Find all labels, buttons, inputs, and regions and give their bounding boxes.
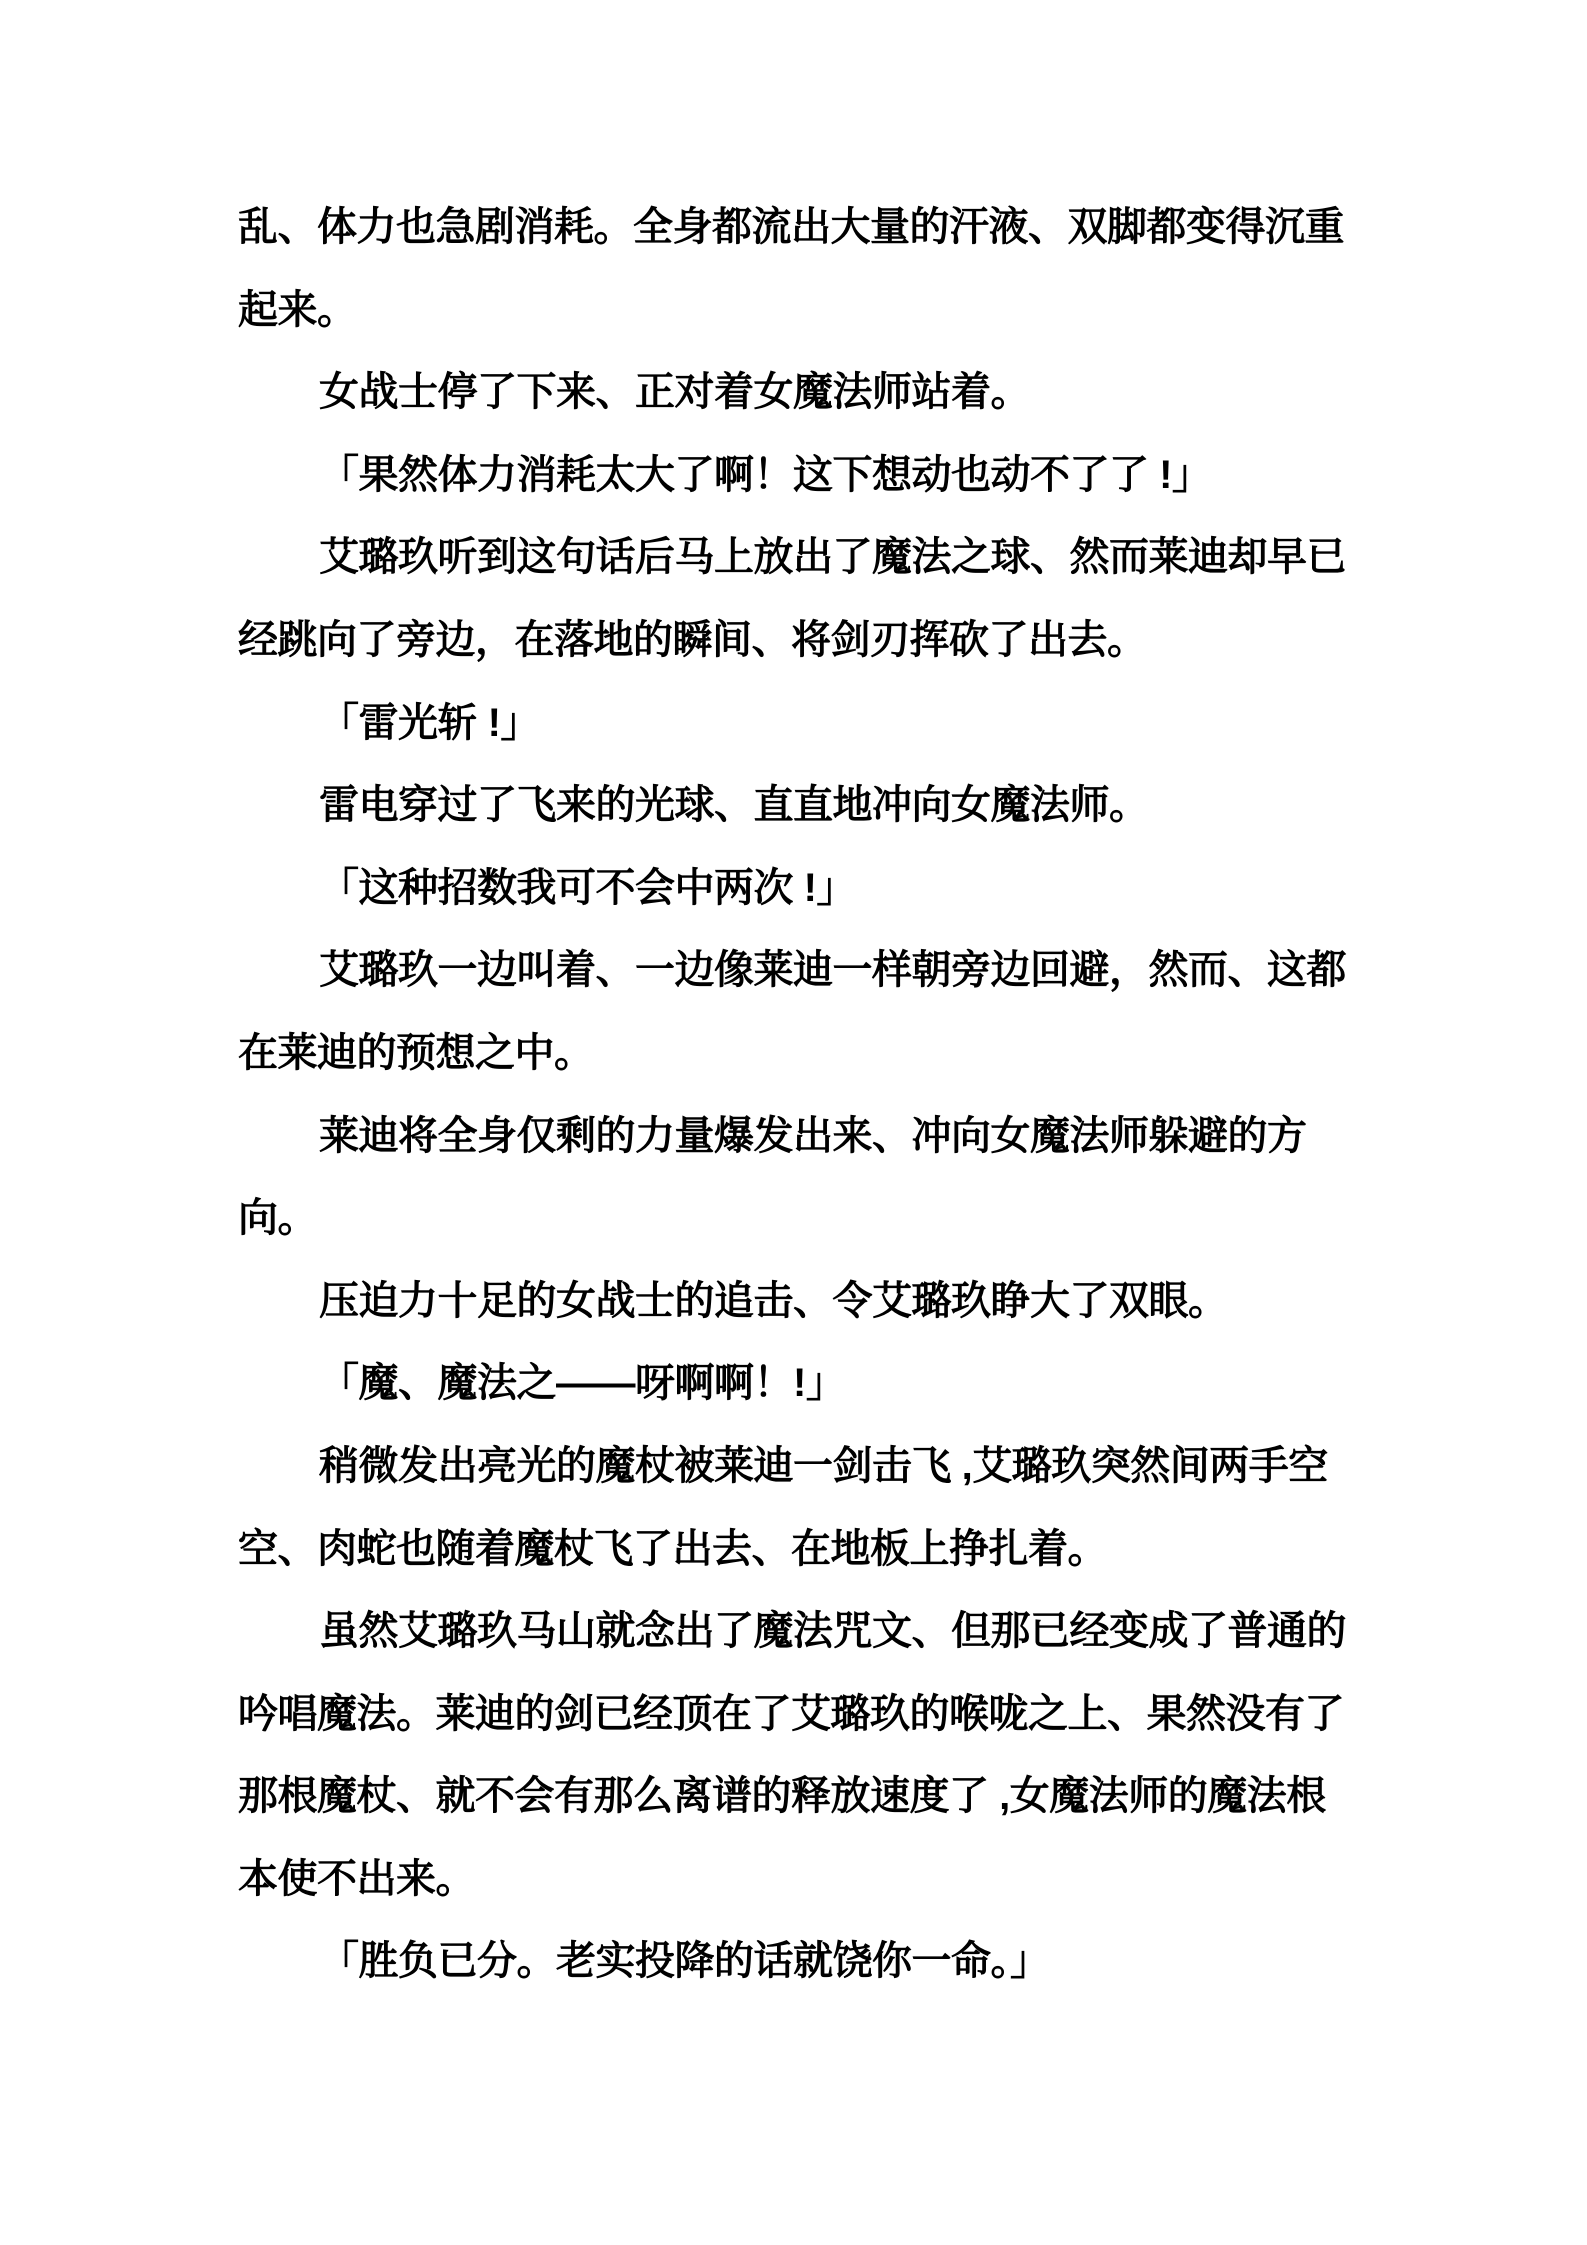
text-line-10: 艾璐玖一边叫着、一边像莱迪一样朝旁边回避，然而、这都 bbox=[238, 929, 1358, 1012]
text-line-20: 那根魔杖、就不会有那么离谱的释放速度了 ,女魔法师的魔法根 bbox=[238, 1755, 1358, 1838]
text-line-18: 虽然艾璐玖马山就念出了魔法咒文、但那已经变成了普通的 bbox=[238, 1590, 1358, 1673]
text-line-1: 乱、体力也急剧消耗。全身都流出大量的汗液、双脚都变得沉重 bbox=[238, 186, 1358, 269]
text-line-8: 雷电穿过了飞来的光球、直直地冲向女魔法师。 bbox=[238, 764, 1358, 847]
text-line-21: 本使不出来。 bbox=[238, 1838, 1358, 1921]
text-line-16: 稍微发出亮光的魔杖被莱迪一剑击飞 ,艾璐玖突然间两手空 bbox=[238, 1425, 1358, 1508]
text-line-15: 「魔、魔法之——呀啊啊！!」 bbox=[238, 1342, 1358, 1425]
text-line-3: 女战士停了下来、正对着女魔法师站着。 bbox=[238, 351, 1358, 434]
text-line-13: 向。 bbox=[238, 1177, 1358, 1260]
text-line-4: 「果然体力消耗太大了啊！这下想动也动不了了 !」 bbox=[238, 434, 1358, 517]
text-line-19: 吟唱魔法。莱迪的剑已经顶在了艾璐玖的喉咙之上、果然没有了 bbox=[238, 1673, 1358, 1756]
text-line-5: 艾璐玖听到这句话后马上放出了魔法之球、然而莱迪却早已 bbox=[238, 516, 1358, 599]
text-line-12: 莱迪将全身仅剩的力量爆发出来、冲向女魔法师躲避的方 bbox=[238, 1095, 1358, 1178]
text-line-7: 「雷光斩 !」 bbox=[238, 682, 1358, 765]
document-page: 乱、体力也急剧消耗。全身都流出大量的汗液、双脚都变得沉重 起来。 女战士停了下来… bbox=[0, 0, 1587, 2245]
text-line-2: 起来。 bbox=[238, 269, 1358, 352]
text-line-11: 在莱迪的预想之中。 bbox=[238, 1012, 1358, 1095]
text-line-6: 经跳向了旁边，在落地的瞬间、将剑刃挥砍了出去。 bbox=[238, 599, 1358, 682]
text-line-22: 「胜负已分。老实投降的话就饶你一命。」 bbox=[238, 1920, 1358, 2003]
text-line-9: 「这种招数我可不会中两次 !」 bbox=[238, 847, 1358, 930]
text-block: 乱、体力也急剧消耗。全身都流出大量的汗液、双脚都变得沉重 起来。 女战士停了下来… bbox=[238, 186, 1358, 2003]
text-line-17: 空、肉蛇也随着魔杖飞了出去、在地板上挣扎着。 bbox=[238, 1508, 1358, 1591]
text-line-14: 压迫力十足的女战士的追击、令艾璐玖睁大了双眼。 bbox=[238, 1260, 1358, 1343]
